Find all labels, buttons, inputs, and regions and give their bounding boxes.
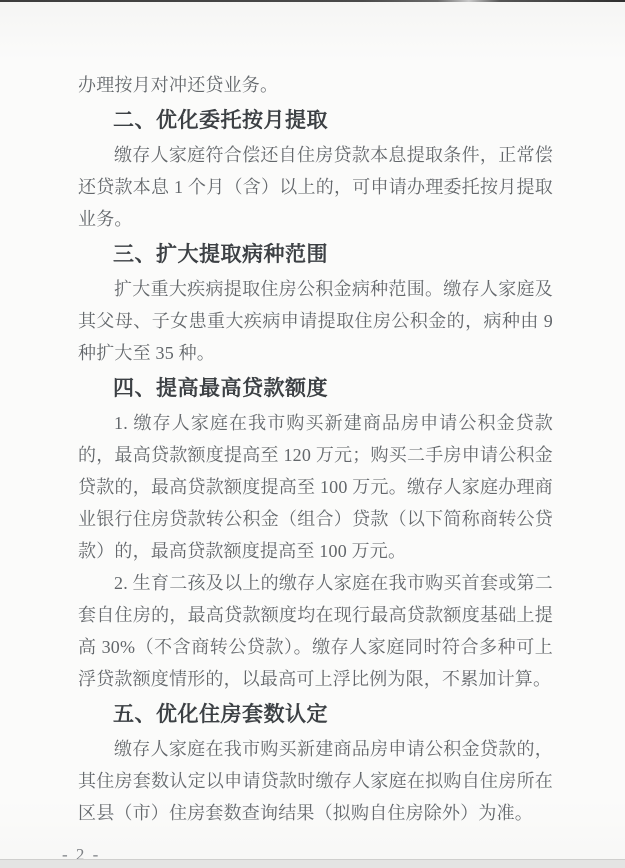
section-heading-4: 四、提高最高贷款额度: [78, 373, 553, 405]
body-paragraph: 缴存人家庭符合偿还自住房贷款本息提取条件，正常偿还贷款本息 1 个月（含）以上的…: [78, 139, 553, 235]
body-paragraph: 2. 生育二孩及以上的缴存人家庭在我市购买首套或第二套自住房的，最高贷款额度均在…: [78, 567, 553, 695]
scan-top-edge: [0, 0, 625, 2]
document-page: 办理按月对冲还贷业务。 二、优化委托按月提取 缴存人家庭符合偿还自住房贷款本息提…: [0, 0, 625, 868]
document-body: 办理按月对冲还贷业务。 二、优化委托按月提取 缴存人家庭符合偿还自住房贷款本息提…: [78, 69, 553, 868]
body-paragraph: 缴存人家庭在我市购买新建商品房申请公积金贷款的，其住房套数认定以申请贷款时缴存人…: [78, 733, 553, 829]
scan-bottom-edge: [0, 859, 625, 868]
section-heading-5: 五、优化住房套数认定: [78, 699, 553, 731]
section-heading-2: 二、优化委托按月提取: [78, 105, 553, 137]
body-paragraph: 1. 缴存人家庭在我市购买新建商品房申请公积金贷款的，最高贷款额度提高至 120…: [78, 407, 553, 567]
paragraph-continuation: 办理按月对冲还贷业务。: [78, 69, 553, 101]
body-paragraph: 扩大重大疾病提取住房公积金病种范围。缴存人家庭及其父母、子女患重大疾病申请提取住…: [78, 273, 553, 369]
section-heading-3: 三、扩大提取病种范围: [78, 239, 553, 271]
